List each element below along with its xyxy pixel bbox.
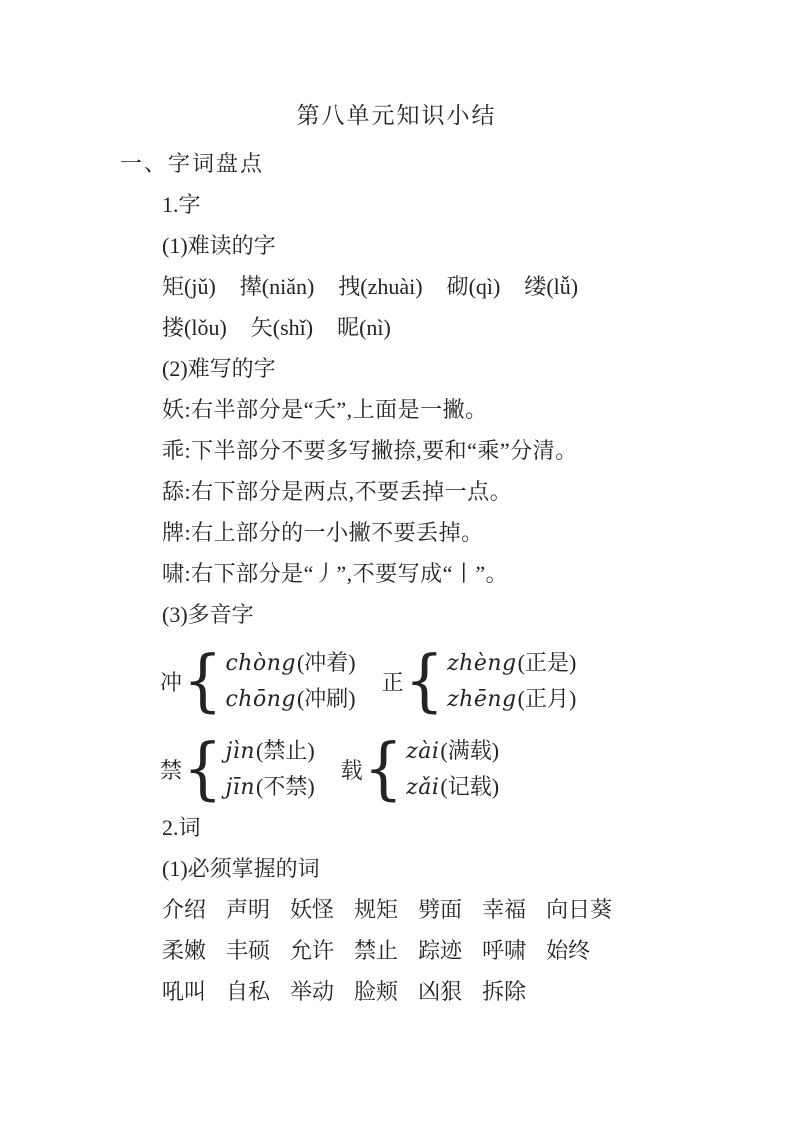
readings: jìn(禁止) jīn(不禁) <box>225 733 314 805</box>
word-item: 规矩 <box>354 889 398 930</box>
pinyin-item: 昵(nì) <box>337 307 391 348</box>
word-item: 妖怪 <box>290 889 334 930</box>
reading-pinyin: zài <box>406 739 439 764</box>
hard-write-heading: (2)难写的字 <box>162 348 793 389</box>
word-item: 脸颊 <box>354 971 398 1012</box>
word-item: 踪迹 <box>418 930 462 971</box>
polyphonic-group: 载 { zài(满载) zǎi(记载) <box>341 732 499 806</box>
word-item: 自私 <box>226 971 270 1012</box>
readings: zài(满载) zǎi(记载) <box>406 733 499 805</box>
reading-pinyin: chōng <box>225 687 296 712</box>
reading-line: zhèng(正是) <box>447 645 576 681</box>
document-page: 第八单元知识小结 一、字词盘点 1.字 (1)难读的字 矩(jǔ) 撵(niǎn… <box>0 0 793 1122</box>
readings: chòng(冲着) chōng(冲刷) <box>225 645 355 717</box>
pinyin-item: 砌(qì) <box>447 266 501 307</box>
word-item: 幸福 <box>482 889 526 930</box>
word-item: 柔嫩 <box>162 930 206 971</box>
readings: zhèng(正是) zhēng(正月) <box>447 645 576 717</box>
hard-read-heading: (1)难读的字 <box>162 225 793 266</box>
polyphonic-group: 正 { zhèng(正是) zhēng(正月) <box>382 644 577 718</box>
word-row: 介绍 声明 妖怪 规矩 劈面 幸福 向日葵 <box>162 889 793 930</box>
char-subheading: 1.字 <box>162 184 793 225</box>
reading-line: chòng(冲着) <box>225 645 355 681</box>
pinyin-item: 矢(shǐ) <box>251 307 313 348</box>
word-item: 举动 <box>290 971 334 1012</box>
base-char: 正 <box>382 666 404 697</box>
word-item: 允许 <box>290 930 334 971</box>
word-item: 呼啸 <box>482 930 526 971</box>
hard-write-note: 妖:右半部分是“夭”,上面是一撇。 <box>162 389 793 430</box>
word-item: 禁止 <box>354 930 398 971</box>
hard-read-row: 矩(jǔ) 撵(niǎn) 拽(zhuài) 砌(qì) 缕(lǚ) <box>162 266 793 307</box>
pinyin-item: 缕(lǚ) <box>524 266 578 307</box>
reading-pinyin: zhèng <box>447 651 517 676</box>
reading-example: (禁止) <box>256 738 315 763</box>
base-char: 禁 <box>160 754 182 785</box>
reading-line: zhēng(正月) <box>447 681 576 717</box>
word-item: 始终 <box>546 930 590 971</box>
brace-glyph: { <box>364 729 403 809</box>
polyphonic-group: 冲 { chòng(冲着) chōng(冲刷) <box>160 644 356 718</box>
section-heading: 一、字词盘点 <box>120 143 793 184</box>
brace-glyph: { <box>183 729 222 809</box>
word-item: 声明 <box>226 889 270 930</box>
reading-example: (冲着) <box>297 650 356 675</box>
reading-line: jīn(不禁) <box>225 769 314 805</box>
word-row: 柔嫩 丰硕 允许 禁止 踪迹 呼啸 始终 <box>162 930 793 971</box>
brace-glyph: { <box>405 641 444 721</box>
reading-line: jìn(禁止) <box>225 733 314 769</box>
word-item: 吼叫 <box>162 971 206 1012</box>
pinyin-item: 撵(niǎn) <box>240 266 315 307</box>
reading-example: (冲刷) <box>297 686 356 711</box>
polyphonic-group: 禁 { jìn(禁止) jīn(不禁) <box>160 732 315 806</box>
word-subheading: 2.词 <box>162 807 793 848</box>
reading-line: zài(满载) <box>406 733 499 769</box>
word-item: 介绍 <box>162 889 206 930</box>
hard-write-note: 乖:下半部分不要多写撇捺,要和“乘”分清。 <box>162 430 793 471</box>
pinyin-item: 拽(zhuài) <box>338 266 422 307</box>
reading-example: (记载) <box>440 774 499 799</box>
must-master-heading: (1)必须掌握的词 <box>162 848 793 889</box>
polyphonic-row: 冲 { chòng(冲着) chōng(冲刷) 正 { zhèng(正是) zh… <box>160 643 793 719</box>
reading-pinyin: chòng <box>225 651 296 676</box>
hard-read-row: 搂(lǒu) 矢(shǐ) 昵(nì) <box>162 307 793 348</box>
hard-write-note: 舔:右下部分是两点,不要丢掉一点。 <box>162 471 793 512</box>
reading-example: (不禁) <box>256 774 315 799</box>
word-item: 丰硕 <box>226 930 270 971</box>
word-item: 拆除 <box>482 971 526 1012</box>
brace-glyph: { <box>183 641 222 721</box>
base-char: 冲 <box>160 666 182 697</box>
reading-line: chōng(冲刷) <box>225 681 355 717</box>
pinyin-item: 搂(lǒu) <box>162 307 227 348</box>
reading-example: (正月) <box>518 686 577 711</box>
reading-line: zǎi(记载) <box>406 769 499 805</box>
reading-pinyin: jīn <box>225 775 255 800</box>
reading-example: (正是) <box>518 650 577 675</box>
word-item: 凶狠 <box>418 971 462 1012</box>
reading-pinyin: jìn <box>225 739 255 764</box>
polyphonic-heading: (3)多音字 <box>162 594 793 635</box>
hard-write-note: 牌:右上部分的一小撇不要丢掉。 <box>162 512 793 553</box>
hard-write-note: 啸:右下部分是“丿”,不要写成“丨”。 <box>162 553 793 594</box>
word-item: 劈面 <box>418 889 462 930</box>
reading-pinyin: zǎi <box>406 775 439 800</box>
word-item: 向日葵 <box>546 889 612 930</box>
base-char: 载 <box>341 754 363 785</box>
word-row: 吼叫 自私 举动 脸颊 凶狠 拆除 <box>162 971 793 1012</box>
polyphonic-row: 禁 { jìn(禁止) jīn(不禁) 载 { zài(满载) zǎi(记载) <box>160 731 793 807</box>
reading-example: (满载) <box>440 738 499 763</box>
page-title: 第八单元知识小结 <box>0 0 793 136</box>
reading-pinyin: zhēng <box>447 687 517 712</box>
pinyin-item: 矩(jǔ) <box>162 266 216 307</box>
